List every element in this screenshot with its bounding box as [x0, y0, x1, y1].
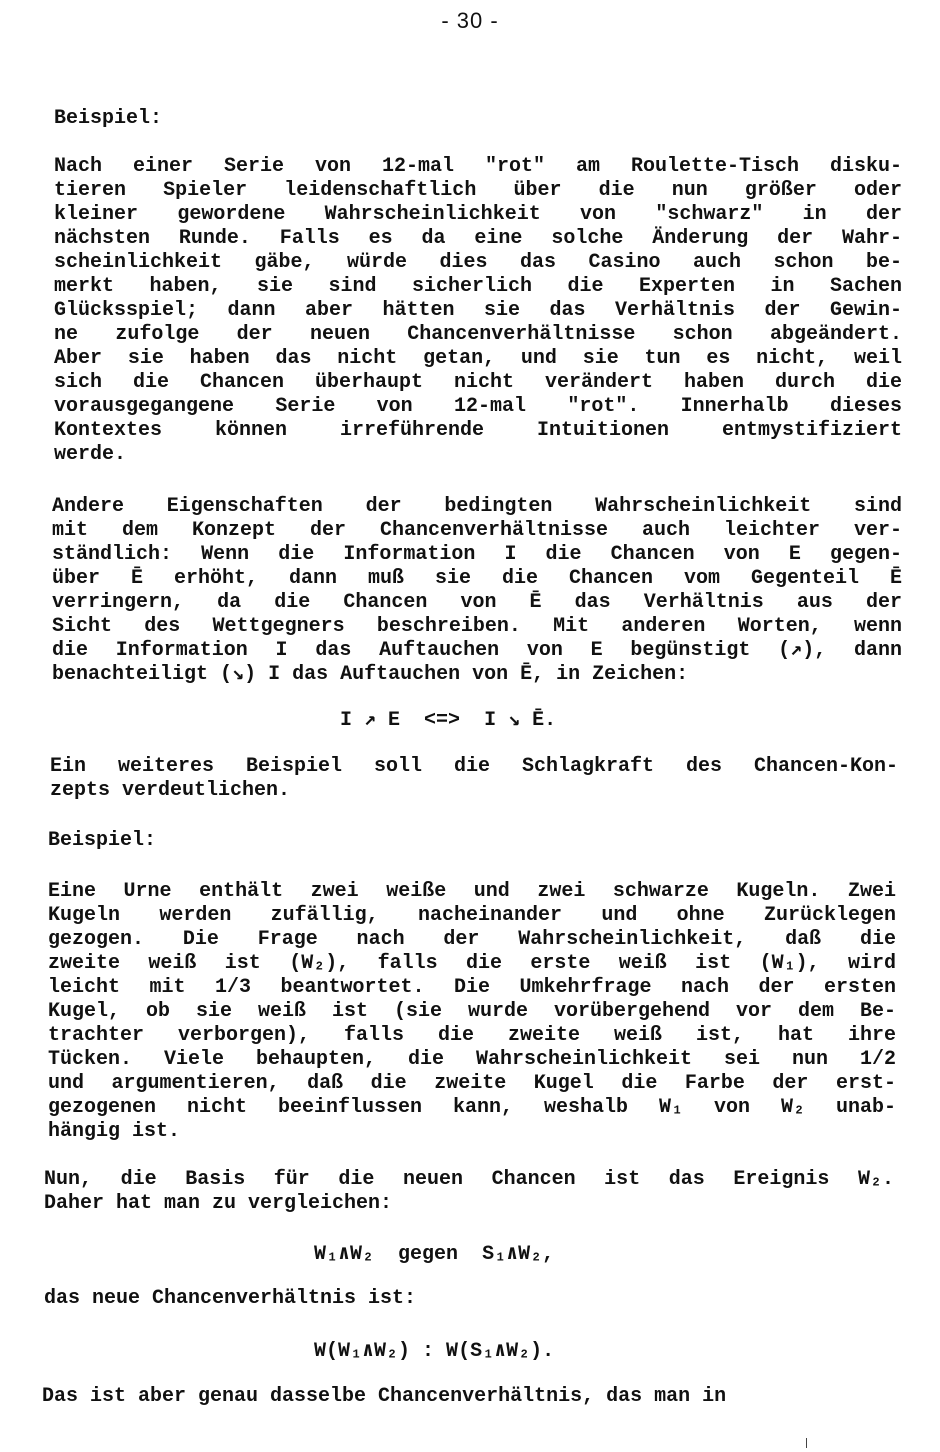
text-line: Kontextes können irreführende Intuitione…	[54, 419, 902, 443]
text-line: Daher hat man zu vergleichen:	[44, 1192, 894, 1216]
text-line: werde.	[54, 443, 902, 467]
text-line: nächsten Runde. Falls es da eine solche …	[54, 227, 902, 251]
text-line: die Information I das Auftauchen von E b…	[52, 639, 902, 663]
text-line: benachteiligt (↘) I das Auftauchen von Ē…	[52, 663, 902, 687]
paragraph-new-ratio: das neue Chancenverhältnis ist:	[44, 1287, 416, 1311]
text-line: Nach einer Serie von 12-mal "rot" am Rou…	[54, 155, 902, 179]
text-line: Nun, die Basis für die neuen Chancen ist…	[44, 1168, 894, 1192]
text-line: Eine Urne enthält zwei weiße und zwei sc…	[48, 880, 896, 904]
text-line: Kugeln werden zufällig, nacheinander und…	[48, 904, 896, 928]
text-line: zweite weiß ist (W₂), falls die erste we…	[48, 952, 896, 976]
text-line: gezogen. Die Frage nach der Wahrscheinli…	[48, 928, 896, 952]
paragraph-transition: Ein weiteres Beispiel soll die Schlagkra…	[50, 755, 898, 803]
text-line: Glücksspiel; dann aber hätten sie das Ve…	[54, 299, 902, 323]
text-line: mit dem Konzept der Chancenverhältnisse …	[52, 519, 902, 543]
paragraph-closing: Das ist aber genau dasselbe Chancenverhä…	[42, 1385, 726, 1409]
paragraph-conditional-probability: Andere Eigenschaften der bedingten Wahrs…	[52, 495, 902, 687]
formula-compare: W₁∧W₂ gegen S₁∧W₂,	[314, 1240, 554, 1266]
heading-example-2: Beispiel:	[48, 829, 156, 853]
scan-artifact	[806, 1438, 807, 1448]
text-line: ständlich: Wenn die Information I die Ch…	[52, 543, 902, 567]
text-line: Kugel, ob sie weiß ist (sie wurde vorübe…	[48, 1000, 896, 1024]
text-line: scheinlichkeit gäbe, würde dies das Casi…	[54, 251, 902, 275]
formula-favor-disfavor: I ↗ E <=> I ↘ Ē.	[340, 706, 556, 732]
text-line: Aber sie haben das nicht getan, und sie …	[54, 347, 902, 371]
text-line: Ein weiteres Beispiel soll die Schlagkra…	[50, 755, 898, 779]
text-line: verringern, da die Chancen von Ē das Ver…	[52, 591, 902, 615]
paragraph-urn: Eine Urne enthält zwei weiße und zwei sc…	[48, 880, 896, 1144]
text-line: und argumentieren, daß die zweite Kugel …	[48, 1072, 896, 1096]
formula-odds-ratio: W(W₁∧W₂) : W(S₁∧W₂).	[314, 1337, 554, 1363]
text-line: Andere Eigenschaften der bedingten Wahrs…	[52, 495, 902, 519]
text-line: zepts verdeutlichen.	[50, 779, 898, 803]
text-line: kleiner gewordene Wahrscheinlichkeit von…	[54, 203, 902, 227]
text-line: merkt haben, sie sind sicherlich die Exp…	[54, 275, 902, 299]
text-line: ne zufolge der neuen Chancenverhältnisse…	[54, 323, 902, 347]
text-line: trachter verborgen), falls die zweite we…	[48, 1024, 896, 1048]
text-line: Tücken. Viele behaupten, die Wahrscheinl…	[48, 1048, 896, 1072]
paragraph-roulette: Nach einer Serie von 12-mal "rot" am Rou…	[54, 155, 902, 467]
text-line: vorausgegangene Serie von 12-mal "rot". …	[54, 395, 902, 419]
text-line: hängig ist.	[48, 1120, 896, 1144]
heading-example-1: Beispiel:	[54, 107, 162, 131]
text-line: Sicht des Wettgegners beschreiben. Mit a…	[52, 615, 902, 639]
text-line: gezogenen nicht beeinflussen kann, wesha…	[48, 1096, 896, 1120]
paragraph-basis: Nun, die Basis für die neuen Chancen ist…	[44, 1168, 894, 1216]
text-line: leicht mit 1/3 beantwortet. Die Umkehrfr…	[48, 976, 896, 1000]
text-line: über Ē erhöht, dann muß sie die Chancen …	[52, 567, 902, 591]
text-line: tieren Spieler leidenschaftlich über die…	[54, 179, 902, 203]
text-line: sich die Chancen überhaupt nicht verände…	[54, 371, 902, 395]
page-number: - 30 -	[0, 8, 940, 34]
